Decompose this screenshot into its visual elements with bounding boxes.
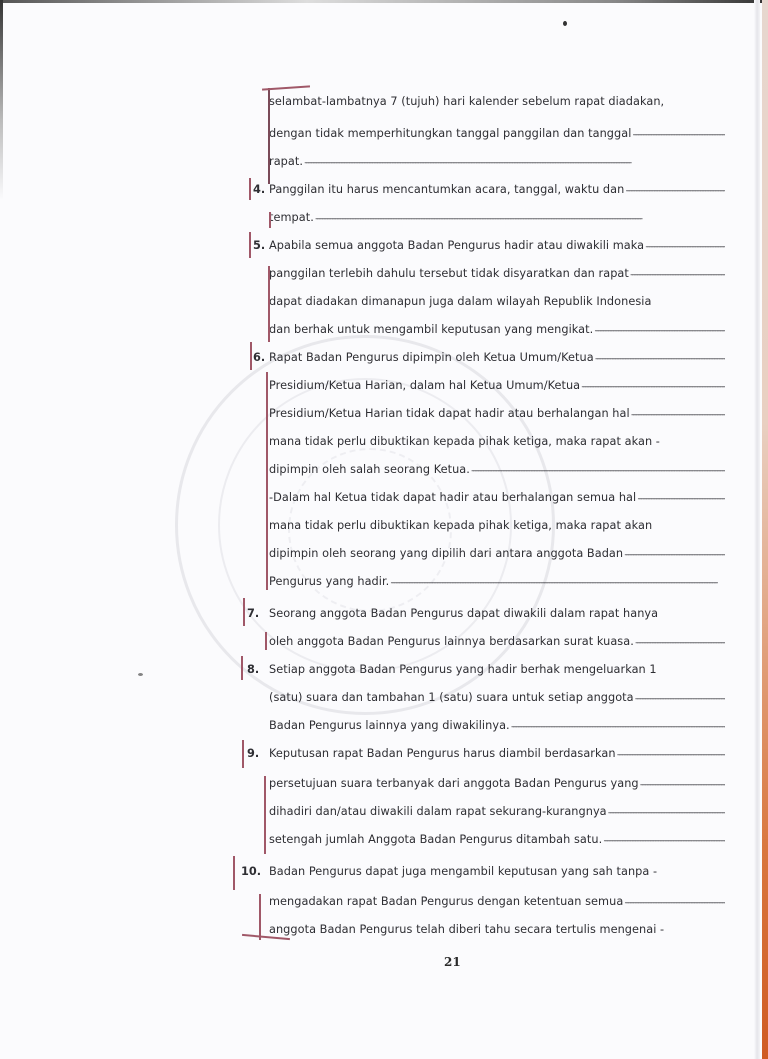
- pen-margin-mark: [266, 372, 268, 590]
- text-line: Presidium/Ketua Harian tidak dapat hadir…: [269, 404, 725, 424]
- scan-left-edge: [0, 0, 3, 200]
- text-line: mana tidak perlu dibuktikan kepada pihak…: [269, 516, 725, 536]
- item-number: 7.: [247, 604, 269, 624]
- item-number: 10.: [241, 862, 263, 882]
- text-line: -Dalam hal Ketua tidak dapat hadir atau …: [269, 488, 725, 508]
- text-line: dapat diadakan dimanapun juga dalam wila…: [269, 292, 725, 312]
- text-line: Keputusan rapat Badan Pengurus harus dia…: [269, 744, 725, 764]
- text-line: dipimpin oleh salah seorang Ketua.: [269, 460, 725, 480]
- pen-margin-mark: [249, 178, 251, 200]
- text-line: Badan Pengurus dapat juga mengambil kepu…: [269, 862, 725, 882]
- pen-margin-mark: [264, 776, 266, 854]
- text-line: dan berhak untuk mengambil keputusan yan…: [269, 320, 725, 340]
- text-line: dengan tidak memperhitungkan tanggal pan…: [269, 124, 725, 144]
- text-line: Badan Pengurus lainnya yang diwakilinya.: [269, 716, 725, 736]
- text-line: Setiap anggota Badan Pengurus yang hadir…: [269, 660, 725, 680]
- text-line: dihadiri dan/atau diwakili dalam rapat s…: [269, 802, 725, 822]
- pen-margin-mark: [242, 740, 244, 768]
- text-line: Pengurus yang hadir.: [269, 572, 725, 592]
- pen-margin-mark: [249, 232, 251, 258]
- text-line: (satu) suara dan tambahan 1 (satu) suara…: [269, 688, 725, 708]
- text-line: oleh anggota Badan Pengurus lainnya berd…: [269, 632, 725, 652]
- text-line: setengah jumlah Anggota Badan Pengurus d…: [269, 830, 725, 850]
- pen-margin-mark: [259, 894, 261, 940]
- pen-margin-mark: [250, 342, 252, 370]
- text-line: mana tidak perlu dibuktikan kepada pihak…: [269, 432, 725, 452]
- item-number: 8.: [247, 660, 269, 680]
- scan-speck: [138, 673, 143, 676]
- text-line: dipimpin oleh seorang yang dipilih dari …: [269, 544, 725, 564]
- text-line: anggota Badan Pengurus telah diberi tahu…: [269, 920, 725, 940]
- item-number: 9.: [247, 744, 269, 764]
- pen-margin-mark: [265, 632, 267, 650]
- text-line: panggilan terlebih dahulu tersebut tidak…: [269, 264, 725, 284]
- pen-margin-mark: [262, 85, 310, 90]
- scan-speck: [563, 21, 567, 26]
- pen-margin-mark: [268, 88, 270, 184]
- pen-margin-mark: [243, 598, 245, 626]
- text-line: Rapat Badan Pengurus dipimpin oleh Ketua…: [269, 348, 725, 368]
- text-line: Presidium/Ketua Harian, dalam hal Ketua …: [269, 376, 725, 396]
- pen-margin-mark: [241, 656, 243, 680]
- pen-margin-mark: [269, 212, 271, 228]
- text-line: Seorang anggota Badan Pengurus dapat diw…: [269, 604, 725, 624]
- scan-top-edge: [0, 0, 768, 3]
- scan-right-edge-strip: [762, 0, 768, 1059]
- text-line: mengadakan rapat Badan Pengurus dengan k…: [269, 892, 725, 912]
- text-line: rapat.: [269, 152, 725, 172]
- text-line: Apabila semua anggota Badan Pengurus had…: [269, 236, 725, 256]
- text-line: Panggilan itu harus mencantumkan acara, …: [269, 180, 725, 200]
- page-edge-shadow: [754, 0, 760, 1059]
- text-line: selambat-lambatnya 7 (tujuh) hari kalend…: [269, 92, 725, 112]
- pen-margin-mark: [233, 856, 235, 890]
- pen-margin-mark: [268, 266, 270, 342]
- text-line: tempat.: [269, 208, 725, 228]
- text-line: persetujuan suara terbanyak dari anggota…: [269, 774, 725, 794]
- document-page: selambat-lambatnya 7 (tujuh) hari kalend…: [0, 0, 768, 1059]
- page-number: 21: [444, 955, 461, 969]
